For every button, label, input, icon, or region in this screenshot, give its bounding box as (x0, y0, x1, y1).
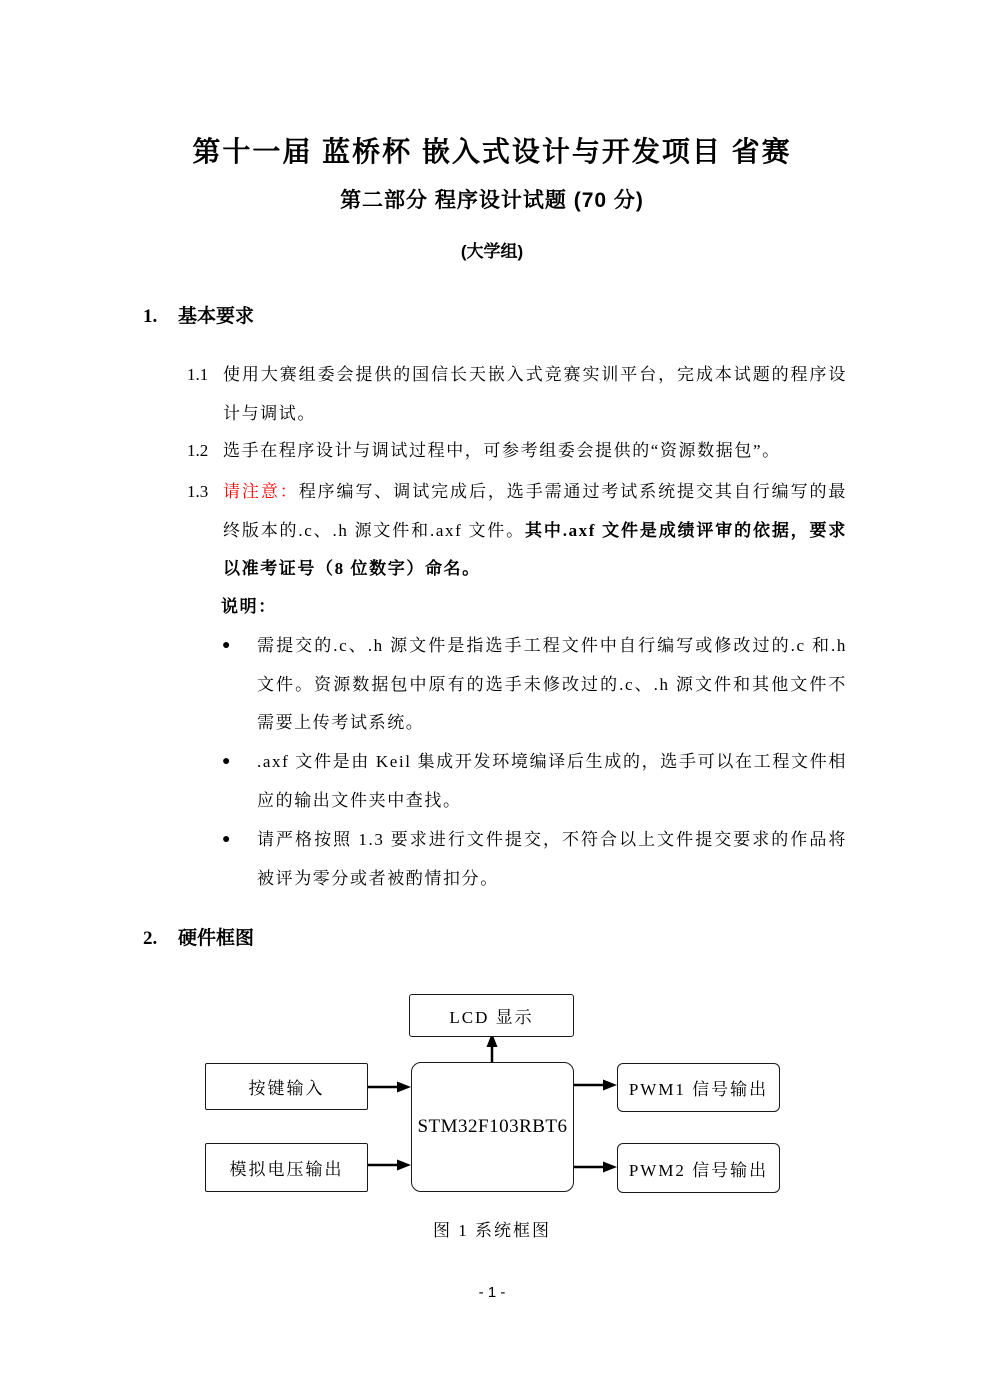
note-label: 说明： (221, 588, 277, 627)
bullet-icon: ● (222, 627, 257, 743)
hardware-block-diagram: LCD 显示 按键输入 模拟电压输出 STM32F103RBT6 PWM1 信号… (0, 985, 984, 1225)
item-1-3-text: 请注意：程序编写、调试完成后，选手需通过考试系统提交其自行编写的最终版本的.c、… (223, 473, 847, 589)
diagram-box-pwm2-output: PWM2 信号输出 (617, 1143, 780, 1193)
note-bullet-2-text: .axf 文件是由 Keil 集成开发环境编译后生成的，选手可以在工程文件相应的… (257, 743, 847, 820)
requirement-item-1-2: 1.2 选手在程序设计与调试过程中，可参考组委会提供的“资源数据包”。 (187, 432, 847, 471)
section1-title: 基本要求 (178, 303, 254, 331)
diagram-box-lcd: LCD 显示 (409, 994, 574, 1037)
document-title: 第十一届 蓝桥杯 嵌入式设计与开发项目 省赛 (0, 130, 984, 170)
document-subtitle: 第二部分 程序设计试题 (70 分) (0, 184, 984, 214)
diagram-box-key-input: 按键输入 (205, 1063, 368, 1110)
requirement-item-1-1: 1.1 使用大赛组委会提供的国信长天嵌入式竞赛实训平台，完成本试题的程序设计与调… (187, 356, 847, 433)
page-number: - 1 - (0, 1284, 984, 1301)
diagram-box-pwm1-output: PWM1 信号输出 (617, 1063, 780, 1112)
note-bullet-2: ● .axf 文件是由 Keil 集成开发环境编译后生成的，选手可以在工程文件相… (222, 743, 847, 820)
group-label: (大学组) (0, 237, 984, 262)
arrow-mcu-to-pwm1-icon (574, 1080, 617, 1091)
section1-number: 1. (143, 303, 178, 331)
section2-title: 硬件框图 (178, 925, 254, 953)
item-1-1-number: 1.1 (187, 356, 223, 433)
note-bullet-1: ● 需提交的.c、.h 源文件是指选手工程文件中自行编写或修改过的.c 和.h … (222, 627, 847, 743)
document-page: 第十一届 蓝桥杯 嵌入式设计与开发项目 省赛 第二部分 程序设计试题 (70 分… (0, 0, 984, 1398)
bullet-icon: ● (222, 821, 257, 898)
bullet-icon: ● (222, 743, 257, 820)
arrow-analog-to-mcu-icon (368, 1160, 411, 1171)
notice-label: 请注意： (223, 482, 299, 501)
section1-heading: 1. 基本要求 (143, 303, 254, 331)
section2-heading: 2. 硬件框图 (143, 925, 254, 953)
item-1-1-text: 使用大赛组委会提供的国信长天嵌入式竞赛实训平台，完成本试题的程序设计与调试。 (223, 356, 847, 433)
note-bullet-3-text: 请严格按照 1.3 要求进行文件提交，不符合以上文件提交要求的作品将被评为零分或… (257, 821, 847, 898)
arrow-mcu-to-pwm2-icon (574, 1162, 617, 1173)
section2-number: 2. (143, 925, 178, 953)
item-1-2-text: 选手在程序设计与调试过程中，可参考组委会提供的“资源数据包”。 (223, 432, 847, 471)
item-1-3-number: 1.3 (187, 473, 223, 589)
diagram-box-mcu: STM32F103RBT6 (411, 1062, 574, 1192)
figure-caption: 图 1 系统框图 (0, 1216, 984, 1241)
arrow-keys-to-mcu-icon (368, 1082, 411, 1093)
note-bullet-3: ● 请严格按照 1.3 要求进行文件提交，不符合以上文件提交要求的作品将被评为零… (222, 821, 847, 898)
note-bullet-1-text: 需提交的.c、.h 源文件是指选手工程文件中自行编写或修改过的.c 和.h 文件… (257, 627, 847, 743)
item-1-2-number: 1.2 (187, 432, 223, 471)
diagram-box-analog-voltage-output: 模拟电压输出 (205, 1143, 368, 1192)
arrow-mcu-to-lcd-icon (487, 1033, 498, 1062)
requirement-item-1-3: 1.3 请注意：程序编写、调试完成后，选手需通过考试系统提交其自行编写的最终版本… (187, 473, 847, 589)
